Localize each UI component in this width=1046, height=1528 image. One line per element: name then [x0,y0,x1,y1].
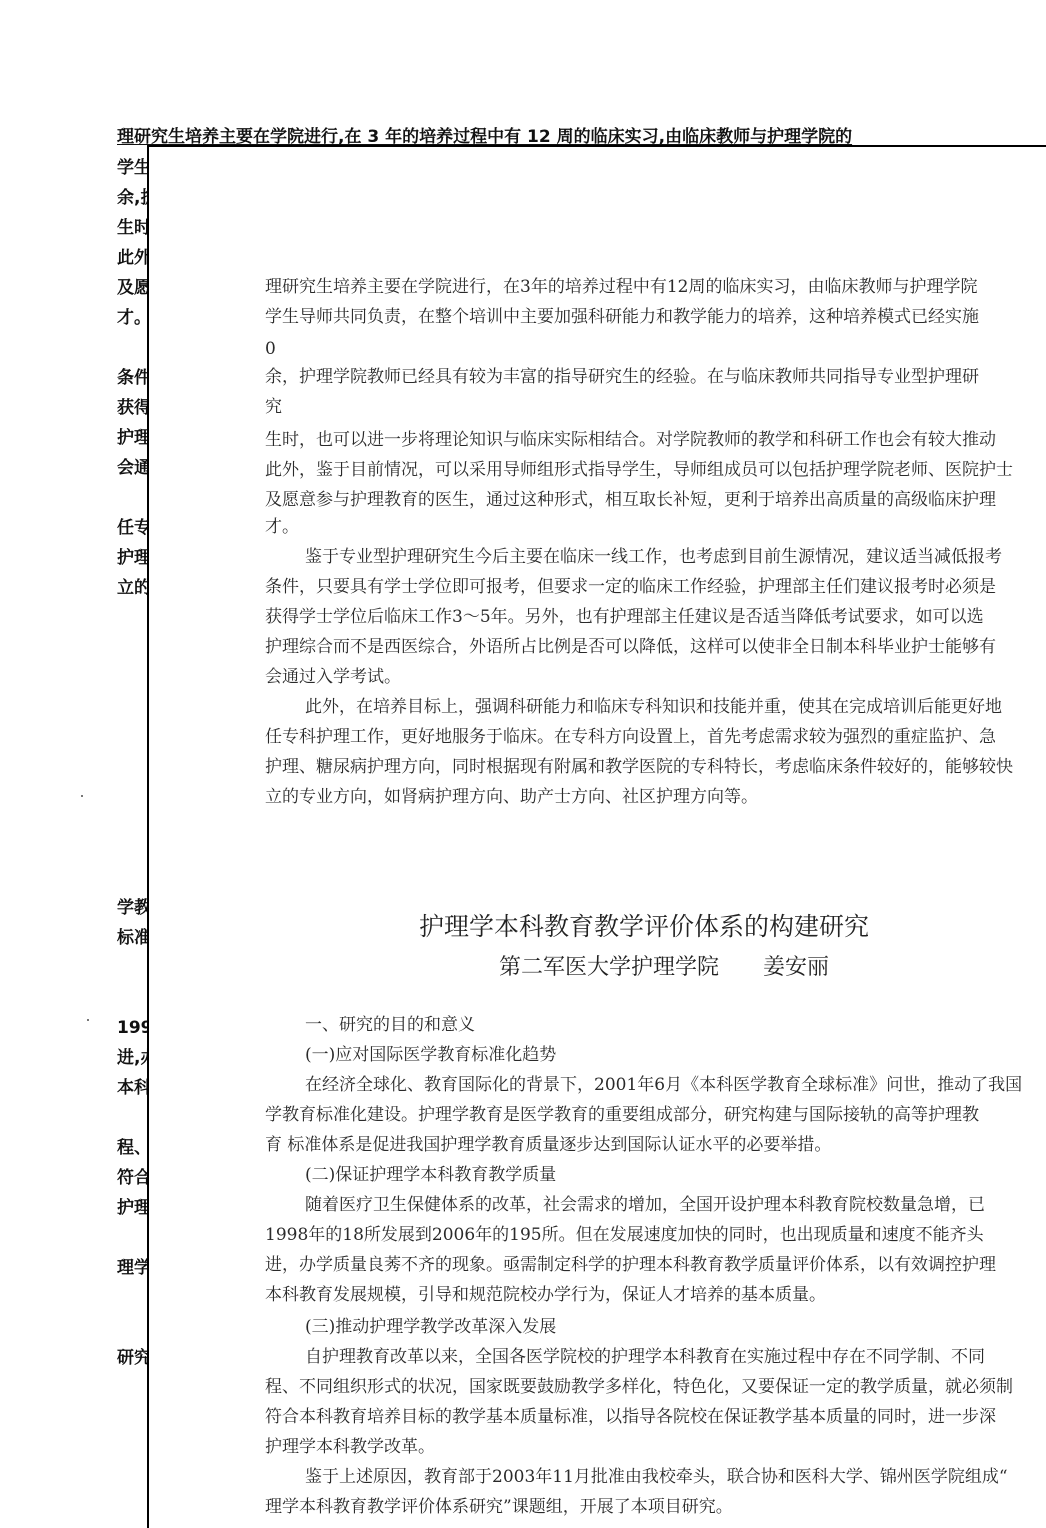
background-line-fragment: 此外 [117,248,151,268]
article-paragraph-line: 自护理教育改革以来，全国各医学院校的护理学本科教育在实施过程中存在不同学制、不同 [305,1347,985,1367]
background-line-fragment: 条件 [117,368,151,388]
paragraph-line: 此外，鉴于目前情况，可以采用导师组形式指导学生，导师组成员可以包括护理学院老师、… [265,460,1013,480]
paragraph-line: 生时，也可以进一步将理论知识与临床实际相结合。对学院教师的教学和科研工作也会有较… [265,430,996,450]
background-line-fragment: 学生 [117,158,151,178]
article-paragraph-line: 学教育标准化建设。护理学教育是医学教育的重要组成部分，研究构建与国际接轨的高等护… [265,1105,979,1125]
article-paragraph-line: 1998年的18所发展到2006年的195所。但在发展速度加快的同时，也出现质量… [265,1225,984,1245]
article-paragraph-line: 护理学本科教学改革。 [265,1437,435,1457]
paragraph-line: 究 [265,397,282,417]
paragraph-line: 余，护理学院教师已经具有较为丰富的指导研究生的经验。在与临床教师共同指导专业型护… [265,367,979,387]
background-line-fragment: 符合 [117,1168,151,1188]
background-line-fragment: 标准 [117,928,151,948]
background-line-fragment: 生时 [117,218,151,238]
article-author-line: 第二军医大学护理学院 姜安丽 [499,950,829,981]
article-paragraph-line: 育 标准体系是促进我国护理学教育质量逐步达到国际认证水平的必要举措。 [265,1135,831,1155]
background-line-fragment: 任专 [117,518,151,538]
paragraph-line: 条件，只要具有学士学位即可报考，但要求一定的临床工作经验，护理部主任们建议报考时… [265,577,996,597]
paragraph-line: 护理综合而不是西医综合，外语所占比例是否可以降低，这样可以使非全日制本科毕业护士… [265,637,996,657]
paragraph-line: 0 [265,339,276,359]
article-paragraph-line: 在经济全球化、教育国际化的背景下，2001年6月《本科医学教育全球标准》问世，推… [305,1075,1022,1095]
article-paragraph-line: 鉴于上述原因，教育部于2003年11月批准由我校牵头，联合协和医科大学、锦州医学… [305,1467,1008,1487]
article-paragraph-line: 本科教育发展规模，引导和规范院校办学行为，保证人才培养的基本质量。 [265,1285,826,1305]
paragraph-line: 任专科护理工作，更好地服务于临床。在专科方向设置上，首先考虑需求较为强烈的重症监… [265,727,996,747]
background-line-fragment: 护理 [117,1198,151,1218]
background-line-fragment: 及愿 [117,278,151,298]
article-title: 护理学本科教育教学评价体系的构建研究 [419,907,1046,943]
paragraph-line: 才。 [265,517,299,537]
paragraph-line: 护理、糖尿病护理方向，同时根据现有附属和教学医院的专科特长，考虑临床条件较好的，… [265,757,1013,777]
paragraph-line: 获得学士学位后临床工作3～5年。另外，也有护理部主任建议是否适当降低考试要求，如… [265,607,984,627]
paragraph-line: 理研究生培养主要在学院进行，在3年的培养过程中有12周的临床实习，由临床教师与护… [265,277,977,297]
paragraph-line: 学生导师共同负责，在整个培训中主要加强科研能力和教学能力的培养，这种培养模式已经… [265,307,979,327]
background-line-fragment: 才。 [117,308,151,328]
overlay-document-page: 理研究生培养主要在学院进行，在3年的培养过程中有12周的临床实习，由临床教师与护… [147,145,1046,1528]
background-line-fragment: 理学 [117,1258,151,1278]
article-paragraph-line: 符合本科教育培养目标的教学基本质量标准，以指导各院校在保证教学基本质量的同时，进… [265,1407,996,1427]
paragraph-line: 及愿意参与护理教育的医生，通过这种形式，相互取长补短，更利于培养出高质量的高级临… [265,490,996,510]
article-paragraph-line: 随着医疗卫生保健体系的改革，社会需求的增加，全国开设护理本科教育院校数量急增，已 [305,1195,985,1215]
article-paragraph-line: 程、不同组织形式的状况，国家既要鼓励教学多样化，特色化，又要保证一定的教学质量，… [265,1377,1013,1397]
article-paragraph-line: 进，办学质量良莠不齐的现象。亟需制定科学的护理本科教育教学质量评价体系，以有效调… [265,1255,996,1275]
background-line-fragment: 研究 [117,1348,151,1368]
background-first-line: 理研究生培养主要在学院进行,在 3 年的培养过程中有 12 周的临床实习,由临床… [117,127,852,147]
background-line-fragment: 学教 [117,898,151,918]
scan-speck [87,1019,89,1021]
background-line-fragment: 立的 [117,578,151,598]
paragraph-line: 会通过入学考试。 [265,667,401,687]
article-paragraph-line: (三)推动护理学教学改革深入发展 [305,1317,556,1337]
paragraph-line: 立的专业方向，如肾病护理方向、助产士方向、社区护理方向等。 [265,787,758,807]
paragraph-line: 此外，在培养目标上，强调科研能力和临床专科知识和技能并重，使其在完成培训后能更好… [305,697,1002,717]
background-line-fragment: 护理 [117,428,151,448]
scan-speck [81,795,83,797]
article-paragraph-line: (一)应对国际医学教育标准化趋势 [305,1045,556,1065]
article-paragraph-line: 理学本科教育教学评价体系研究”课题组，开展了本项目研究。 [265,1497,733,1517]
background-line-fragment: 会通 [117,458,151,478]
article-paragraph-line: (二)保证护理学本科教育教学质量 [305,1165,556,1185]
background-line-fragment: 护理 [117,548,151,568]
background-line-fragment: 获得 [117,398,151,418]
article-paragraph-line: 一、研究的目的和意义 [305,1015,475,1035]
paragraph-line: 鉴于专业型护理研究生今后主要在临床一线工作，也考虑到目前生源情况，建议适当减低报… [305,547,1002,567]
background-line-fragment: 本科 [117,1078,151,1098]
